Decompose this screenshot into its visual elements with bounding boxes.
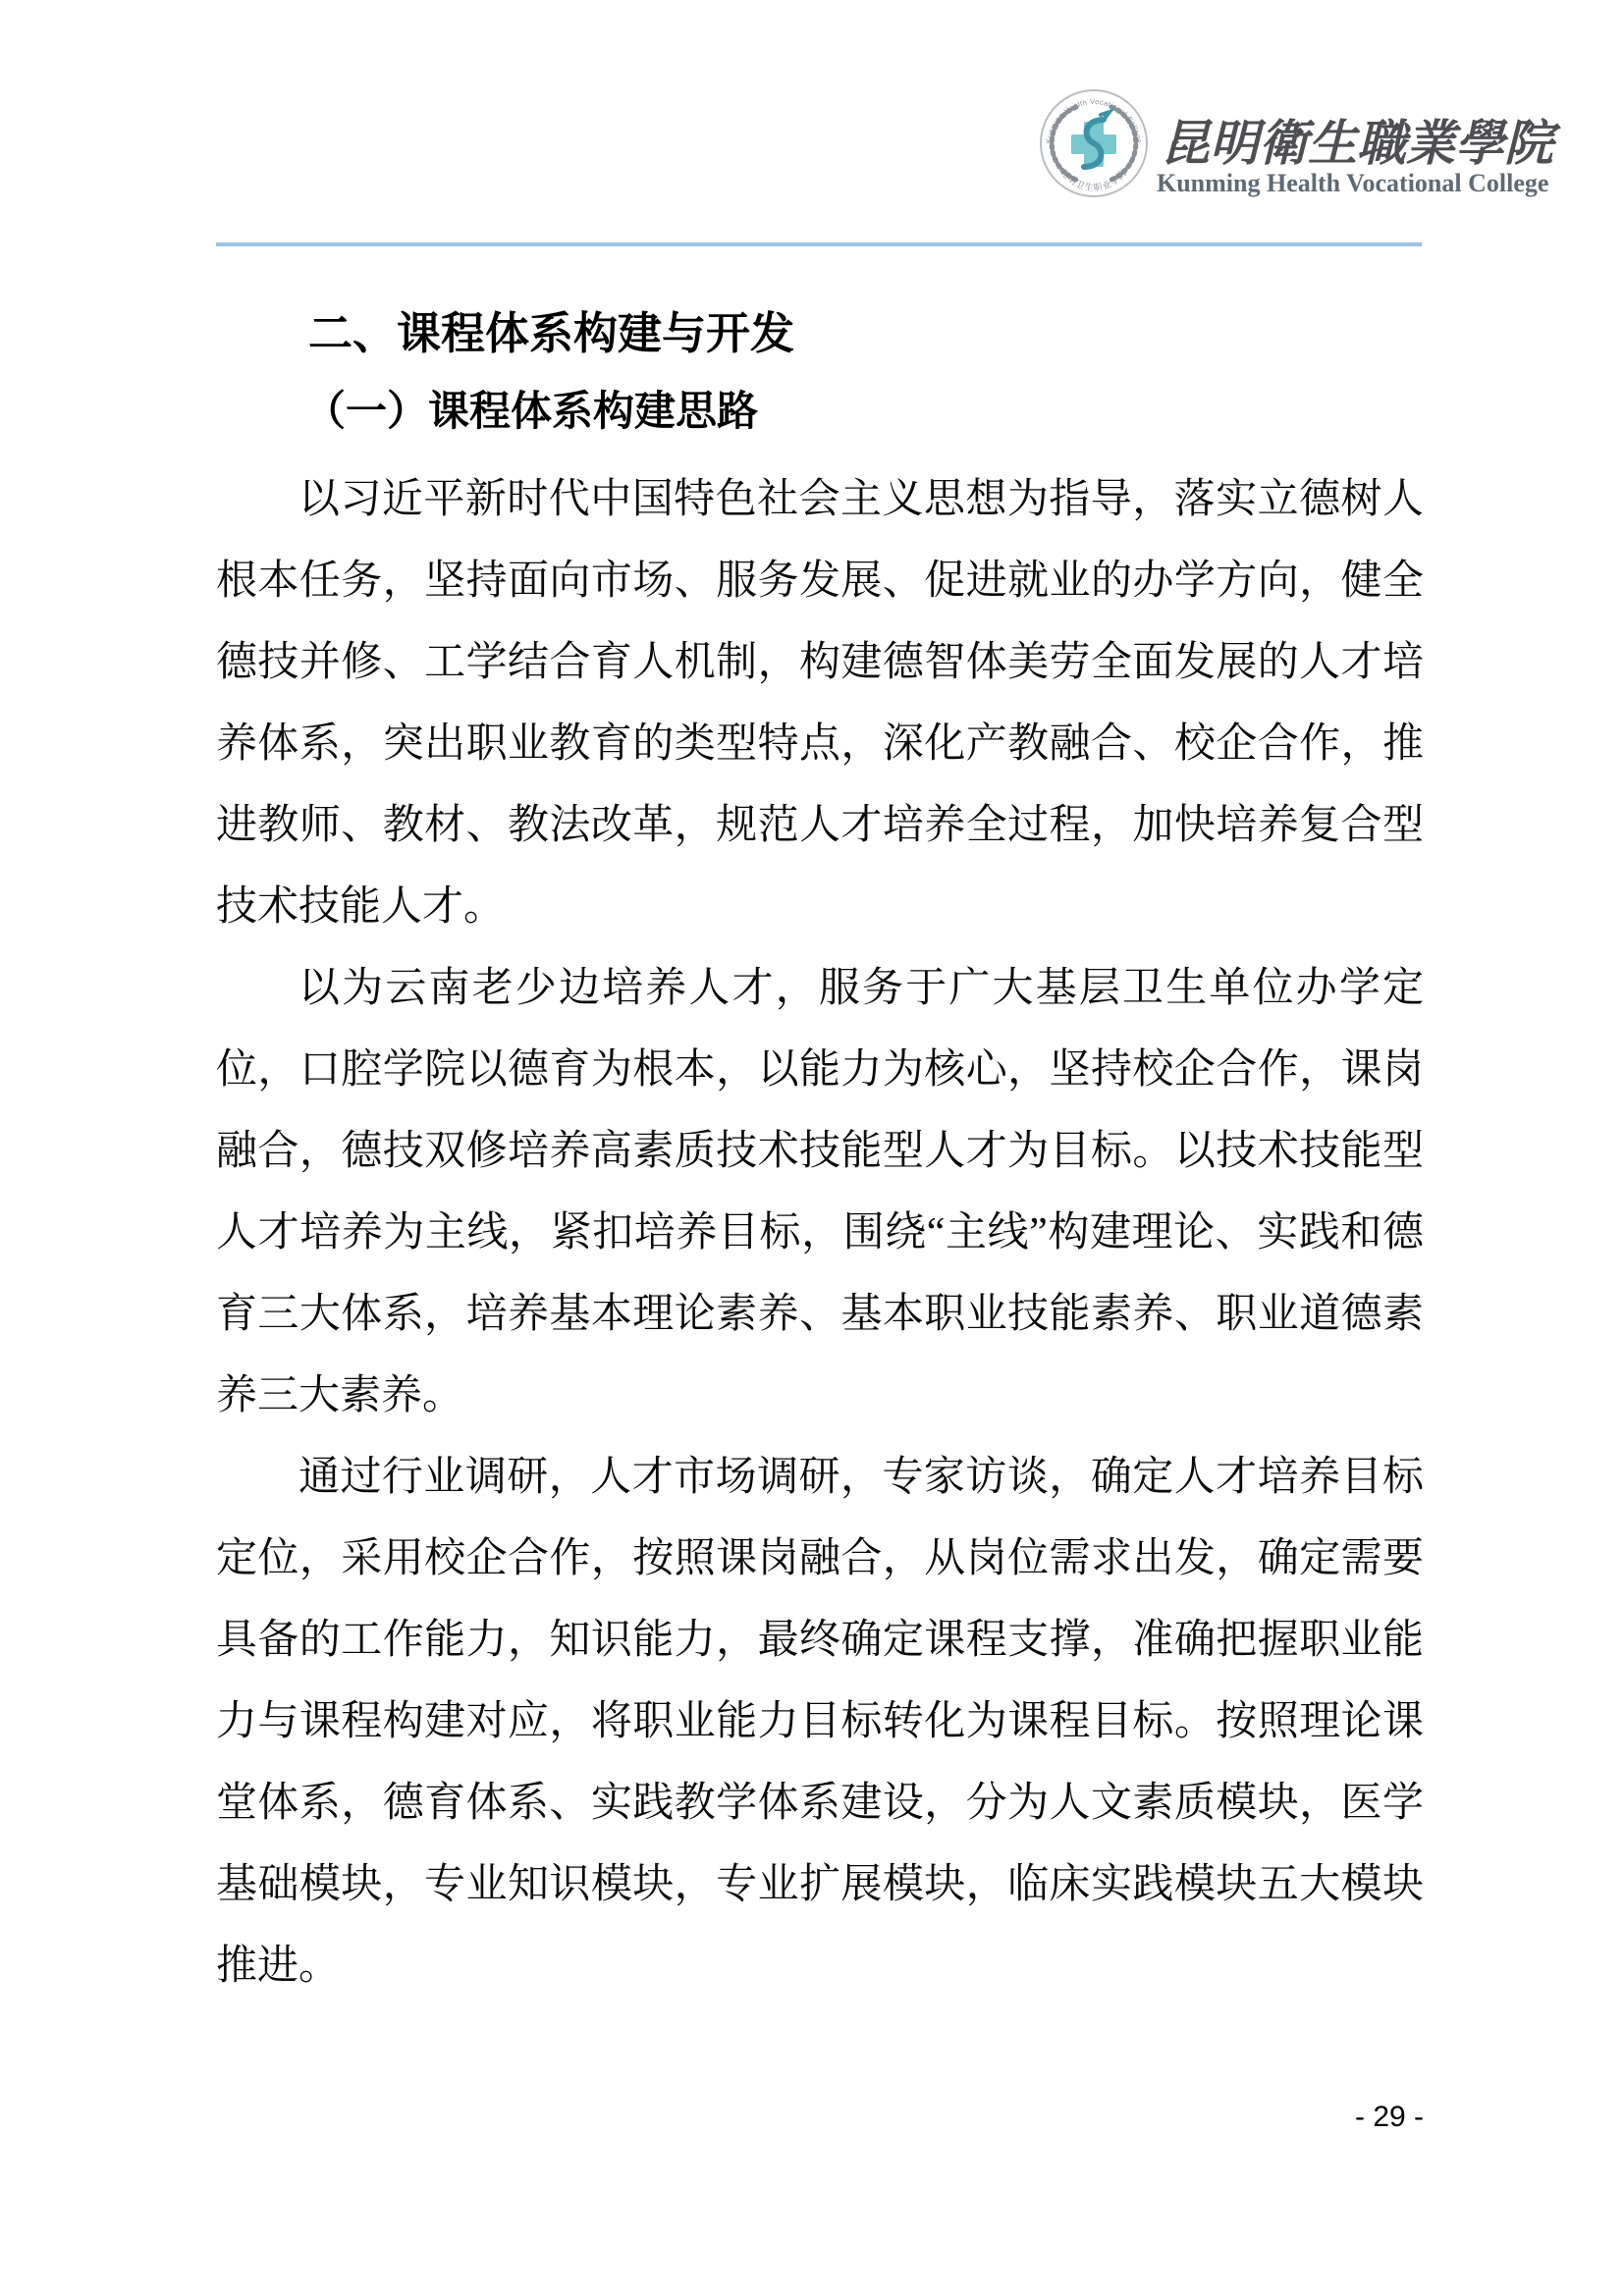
- paragraph-3: 通过行业调研，人才市场调研，专家访谈，确定人才培养目标定位，采用校企合作，按照课…: [216, 1437, 1424, 2007]
- document-page: Kunming Health Vocational College 昆明卫生职业…: [0, 0, 1624, 2296]
- paragraph-1: 以习近平新时代中国特色社会主义思想为指导，落实立德树人根本任务，坚持面向市场、服…: [216, 459, 1424, 948]
- document-body: 以习近平新时代中国特色社会主义思想为指导，落实立德树人根本任务，坚持面向市场、服…: [216, 459, 1424, 2007]
- college-name-calligraphy: 昆明衛生職業學院: [1161, 104, 1526, 175]
- page-number: - 29 -: [1355, 2101, 1424, 2134]
- subsection-heading: （一）课程体系构建思路: [304, 387, 758, 438]
- college-logo: Kunming Health Vocational College 昆明卫生职业…: [1031, 59, 1532, 206]
- header-divider-line: [216, 242, 1422, 246]
- college-name-english: Kunming Health Vocational College: [1157, 169, 1530, 198]
- paragraph-2: 以为云南老少边培养人才，服务于广大基层卫生单位办学定位，口腔学院以德育为根本，以…: [216, 948, 1424, 1437]
- section-heading: 二、课程体系构建与开发: [308, 306, 794, 361]
- college-seal-icon: Kunming Health Vocational College 昆明卫生职业…: [1039, 88, 1149, 198]
